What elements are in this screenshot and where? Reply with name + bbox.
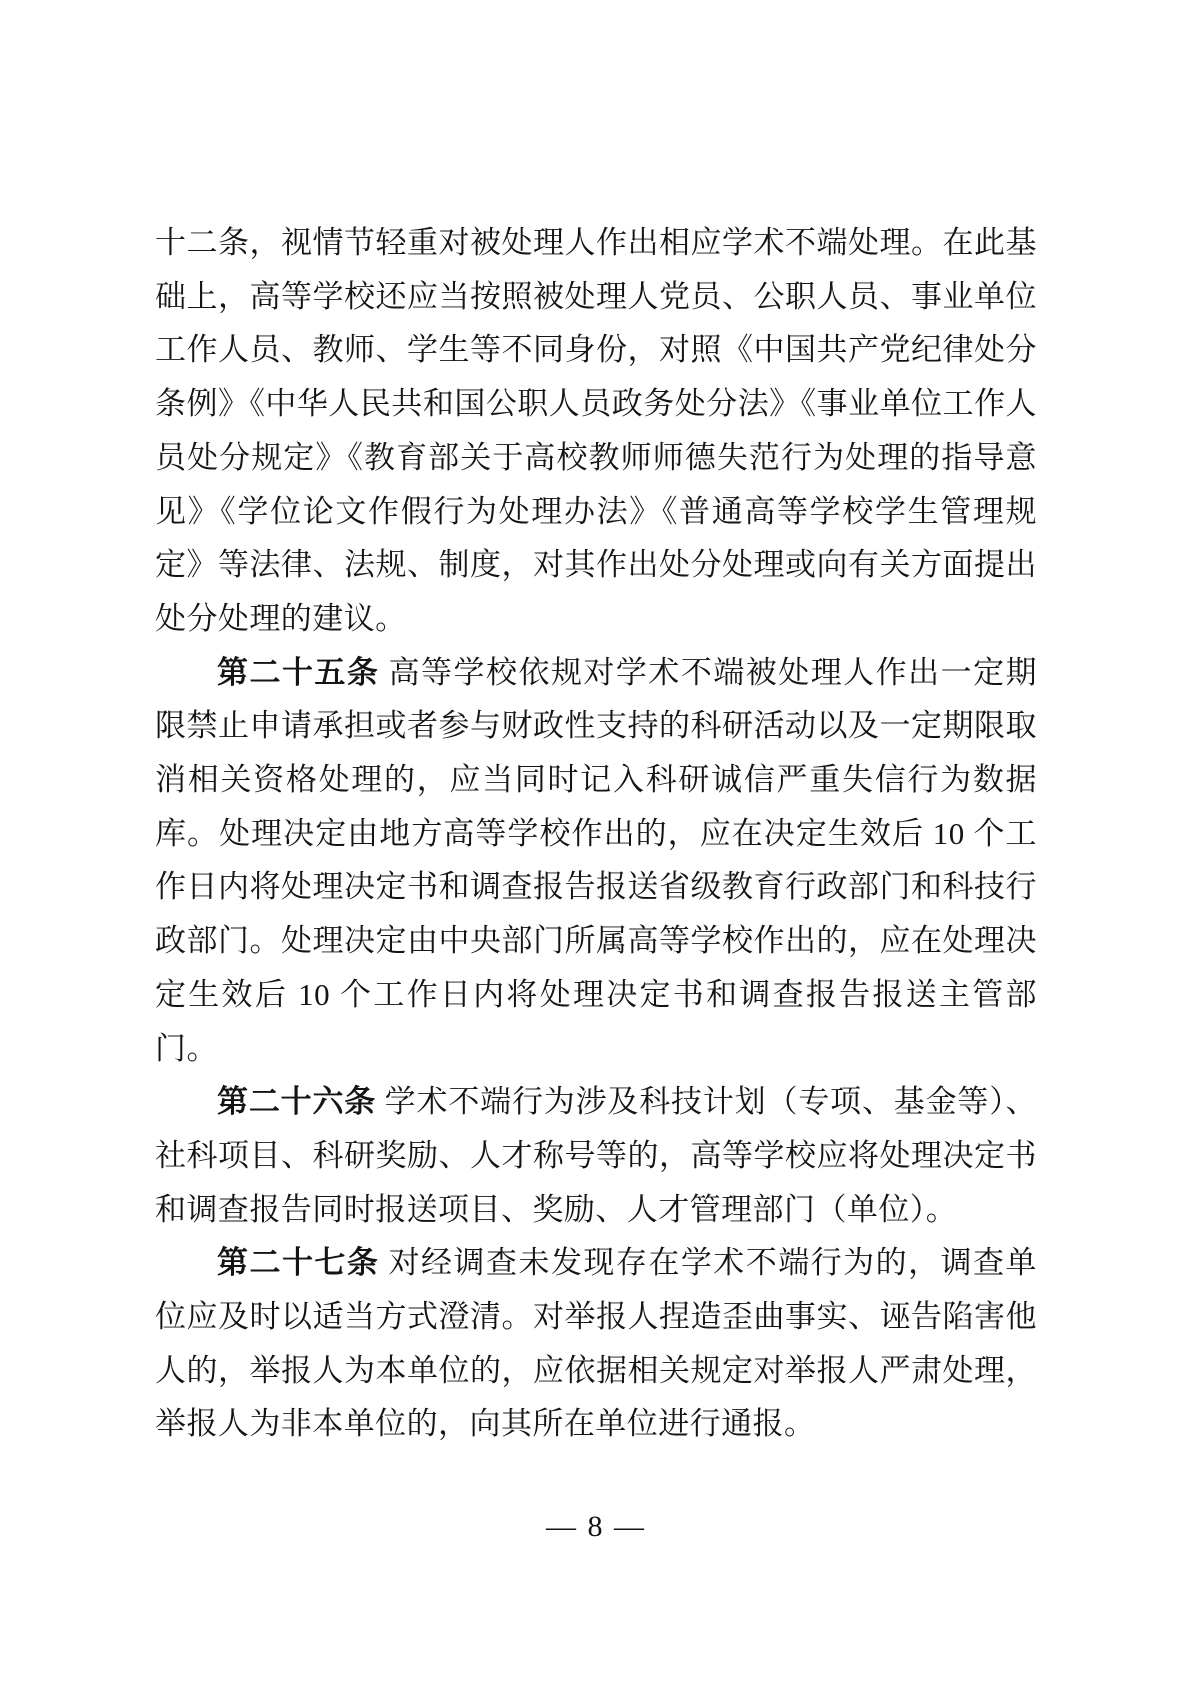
document-page: 十二条，视情节轻重对被处理人作出相应学术不端处理。在此基础上，高等学校还应当按照… — [0, 0, 1191, 1684]
document-body: 十二条，视情节轻重对被处理人作出相应学术不端处理。在此基础上，高等学校还应当按照… — [155, 216, 1037, 1451]
paragraph: 第二十六条 学术不端行为涉及科技计划（专项、基金等）、社科项目、科研奖励、人才称… — [155, 1075, 1037, 1236]
article-number: 第二十七条 — [217, 1245, 379, 1280]
page-number: — 8 — — [155, 1510, 1037, 1544]
article-number: 第二十六条 — [217, 1084, 376, 1119]
paragraph: 第二十五条 高等学校依规对学术不端被处理人作出一定期限禁止申请承担或者参与财政性… — [155, 646, 1037, 1076]
paragraph: 第二十七条 对经调查未发现存在学术不端行为的，调查单位应及时以适当方式澄清。对举… — [155, 1236, 1037, 1451]
article-number: 第二十五条 — [217, 655, 379, 690]
paragraph: 十二条，视情节轻重对被处理人作出相应学术不端处理。在此基础上，高等学校还应当按照… — [155, 216, 1037, 646]
